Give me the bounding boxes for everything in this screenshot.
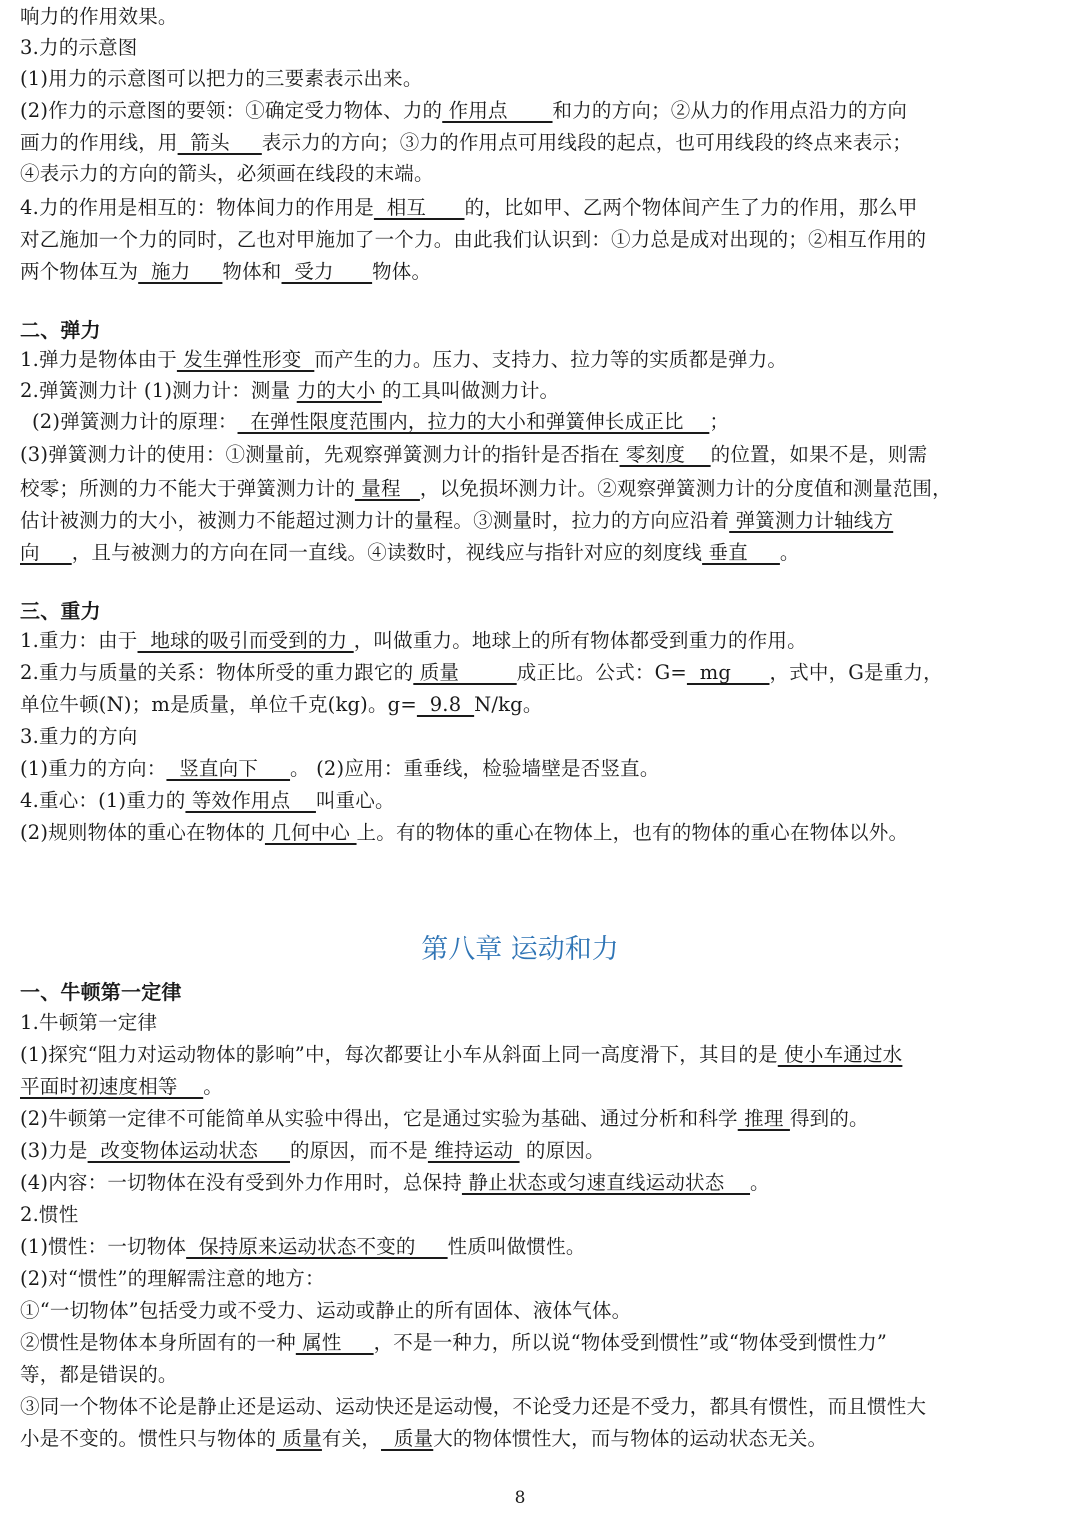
text-segment: 3.力的示意图: [20, 36, 138, 59]
text-segment: (1)惯性：一切物体: [20, 1235, 186, 1258]
text-segment: 响力的作用效果。: [20, 5, 178, 28]
fill-in-blank-answer: 使小车通过水: [778, 1043, 903, 1066]
text-line: 4.重心：(1)重力的 等效作用点 叫重心。: [20, 786, 395, 816]
text-segment: (3)弹簧测力计的使用：①测量前，先观察弹簧测力计的指针是否指在: [20, 443, 620, 466]
section-heading: 二、弹力: [20, 315, 101, 345]
text-segment: (1)重力的方向：: [20, 757, 166, 780]
text-line: (4)内容：一切物体在没有受到外力作用时，总保持 静止状态或匀速直线运动状态 。: [20, 1168, 770, 1198]
text-segment: 2.弹簧测力计 (1)测力计：测量: [20, 379, 297, 402]
fill-in-blank-answer: 推理: [738, 1107, 790, 1130]
text-line: 1.牛顿第一定律: [20, 1008, 157, 1038]
text-segment: ，叫做重力。地球上的所有物体都受到重力的作用。: [354, 629, 807, 652]
text-line: (1)用力的示意图可以把力的三要素表示出来。: [20, 64, 423, 94]
text-segment: ②惯性是物体本身所固有的一种: [20, 1331, 296, 1354]
text-segment: 画力的作用线，用: [20, 131, 178, 154]
text-line: 3.力的示意图: [20, 33, 138, 63]
fill-in-blank-answer: mg: [687, 661, 770, 684]
fill-in-blank-answer: 平面时初速度相等: [20, 1075, 203, 1098]
text-segment: 1.牛顿第一定律: [20, 1011, 157, 1034]
fill-in-blank-answer: 力的大小: [297, 379, 382, 402]
fill-in-blank-answer: 发生弹性形变: [177, 348, 314, 371]
text-line: 2.弹簧测力计 (1)测力计：测量 力的大小 的工具叫做测力计。: [20, 376, 559, 406]
text-segment: 4.力的作用是相互的：物体间力的作用是: [20, 196, 374, 219]
text-segment: 的原因。: [520, 1139, 605, 1162]
fill-in-blank-answer: 几何中心: [265, 821, 357, 844]
text-line: 向 ，且与被测力的方向在同一直线。④读数时，视线应与指针对应的刻度线 垂直 。: [20, 538, 800, 568]
text-segment: (4)内容：一切物体在没有受到外力作用时，总保持: [20, 1171, 462, 1194]
text-segment: N/kg。: [474, 693, 542, 716]
fill-in-blank-answer: 施力: [138, 260, 222, 283]
text-segment: 成正比。公式：G=: [517, 661, 687, 684]
text-line: 1.重力：由于 地球的吸引而受到的力 ，叫做重力。地球上的所有物体都受到重力的作…: [20, 626, 807, 656]
text-line: (3)弹簧测力计的使用：①测量前，先观察弹簧测力计的指针是否指在 零刻度 的位置…: [20, 440, 927, 470]
fill-in-blank-answer: 质量: [276, 1427, 322, 1450]
text-segment: 上。有的物体的重心在物体上，也有的物体的重心在物体以外。: [357, 821, 909, 844]
section-heading: 一、牛顿第一定律: [20, 977, 182, 1007]
fill-in-blank-answer: 保持原来运动状态不变的: [186, 1235, 448, 1258]
text-line: (1)探究“阻力对运动物体的影响”中，每次都要让小车从斜面上同一高度滑下，其目的…: [20, 1040, 902, 1070]
text-segment: 1.弹力是物体由于: [20, 348, 177, 371]
text-line: 估计被测力的大小，被测力不能超过测力计的量程。③测量时，拉力的方向应沿着 弹簧测…: [20, 506, 893, 536]
text-segment: 的位置，如果不是，则需: [711, 443, 928, 466]
text-line: (1)惯性：一切物体 保持原来运动状态不变的 性质叫做惯性。: [20, 1232, 586, 1262]
text-segment: 叫重心。: [316, 789, 395, 812]
text-segment: 估计被测力的大小，被测力不能超过测力计的量程。③测量时，拉力的方向应沿着: [20, 509, 729, 532]
text-segment: (1)用力的示意图可以把力的三要素表示出来。: [20, 67, 423, 90]
text-segment: 。: [750, 1171, 770, 1194]
text-line: (2)牛顿第一定律不可能简单从实验中得出，它是通过实验为基础、通过分析和科学 推…: [20, 1104, 869, 1134]
text-segment: (2)作力的示意图的要领：①确定受力物体、力的: [20, 99, 442, 122]
fill-in-blank-answer: 属性: [296, 1331, 374, 1354]
text-line: 校零；所测的力不能大于弹簧测力计的 量程 ，以免损坏测力计。②观察弹簧测力计的分…: [20, 474, 952, 504]
text-segment: 性质叫做惯性。: [448, 1235, 586, 1258]
fill-in-blank-answer: 地球的吸引而受到的力: [138, 629, 354, 652]
text-line: 平面时初速度相等 。: [20, 1072, 223, 1102]
text-line: 2.重力与质量的关系：物体所受的重力跟它的 质量 成正比。公式：G= mg ，式…: [20, 658, 943, 688]
text-line: (1)重力的方向： 竖直向下 。 (2)应用：重垂线，检验墙壁是否竖直。: [20, 754, 660, 784]
fill-in-blank-answer: 质量: [413, 661, 516, 684]
text-line: 等，都是错误的。: [20, 1360, 178, 1390]
text-line: ④表示力的方向的箭头，必须画在线段的末端。: [20, 159, 434, 189]
text-segment: ；: [709, 410, 729, 433]
fill-in-blank-answer: 质量: [381, 1427, 433, 1450]
text-segment: 的，比如甲、乙两个物体间产生了力的作用，那么甲: [465, 196, 918, 219]
text-line: ①“一切物体”包括受力或不受力、运动或静止的所有固体、液体气体。: [20, 1296, 631, 1326]
text-line: 响力的作用效果。: [20, 2, 178, 32]
text-line: 对乙施加一个力的同时，乙也对甲施加了一个力。由此我们认识到：①力总是成对出现的；…: [20, 225, 926, 255]
text-segment: 3.重力的方向: [20, 725, 138, 748]
fill-in-blank-answer: 弹簧测力计轴线方: [729, 509, 893, 532]
text-segment: 4.重心：(1)重力的: [20, 789, 185, 812]
text-segment: 两个物体互为: [20, 260, 138, 283]
fill-in-blank-answer: 作用点: [442, 99, 552, 122]
text-line: ③同一个物体不论是静止还是运动、运动快还是运动慢，不论受力还是不受力，都具有惯性…: [20, 1392, 926, 1422]
text-line: 1.弹力是物体由于 发生弹性形变 而产生的力。压力、支持力、拉力等的实质都是弹力…: [20, 345, 787, 375]
text-segment: ①“一切物体”包括受力或不受力、运动或静止的所有固体、液体气体。: [20, 1299, 631, 1322]
text-segment: 单位牛顿(N)；m是质量，单位千克(kg)。g=: [20, 693, 417, 716]
fill-in-blank-answer: 改变物体运动状态: [88, 1139, 290, 1162]
text-segment: ③同一个物体不论是静止还是运动、运动快还是运动慢，不论受力还是不受力，都具有惯性…: [20, 1395, 926, 1418]
text-line: ②惯性是物体本身所固有的一种 属性 ，不是一种力，所以说“物体受到惯性”或“物体…: [20, 1328, 887, 1358]
text-segment: (2)规则物体的重心在物体的: [20, 821, 265, 844]
text-segment: 等，都是错误的。: [20, 1363, 178, 1386]
text-segment: 大的物体惯性大，而与物体的运动状态无关。: [433, 1427, 827, 1450]
text-segment: 表示力的方向；③力的作用点可用线段的起点，也可用线段的终点来表示；: [262, 131, 912, 154]
text-segment: 校零；所测的力不能大于弹簧测力计的: [20, 477, 355, 500]
text-segment: 而产生的力。压力、支持力、拉力等的实质都是弹力。: [314, 348, 787, 371]
text-segment: ，且与被测力的方向在同一直线。④读数时，视线应与指针对应的刻度线: [72, 541, 702, 564]
text-segment: ④表示力的方向的箭头，必须画在线段的末端。: [20, 162, 434, 185]
text-segment: (3)力是: [20, 1139, 88, 1162]
text-segment: ，不是一种力，所以说“物体受到惯性”或“物体受到惯性力”: [374, 1331, 887, 1354]
text-segment: 有关，: [322, 1427, 381, 1450]
text-segment: 二、弹力: [20, 318, 101, 342]
text-line: 2.惯性: [20, 1200, 78, 1230]
text-segment: 2.惯性: [20, 1203, 78, 1226]
fill-in-blank-answer: 维持运动: [428, 1139, 520, 1162]
text-line: 4.力的作用是相互的：物体间力的作用是 相互 的，比如甲、乙两个物体间产生了力的…: [20, 193, 918, 223]
text-segment: 小是不变的。惯性只与物体的: [20, 1427, 276, 1450]
fill-in-blank-answer: 相互: [374, 196, 465, 219]
text-segment: 一、牛顿第一定律: [20, 980, 182, 1004]
text-line: (2)作力的示意图的要领：①确定受力物体、力的 作用点 和力的方向；②从力的作用…: [20, 96, 907, 126]
text-segment: 和力的方向；②从力的作用点沿力的方向: [553, 99, 908, 122]
text-segment: (1)探究“阻力对运动物体的影响”中，每次都要让小车从斜面上同一高度滑下，其目的…: [20, 1043, 778, 1066]
text-line: (2)弹簧测力计的原理： 在弹性限度范围内，拉力的大小和弹簧伸长成正比 ；: [32, 407, 729, 437]
fill-in-blank-answer: 等效作用点: [185, 789, 316, 812]
text-segment: 。 (2)应用：重垂线，检验墙壁是否竖直。: [290, 757, 660, 780]
text-segment: (2)牛顿第一定律不可能简单从实验中得出，它是通过实验为基础、通过分析和科学: [20, 1107, 738, 1130]
text-segment: 2.重力与质量的关系：物体所受的重力跟它的: [20, 661, 413, 684]
text-segment: 物体和: [222, 260, 281, 283]
text-segment: 得到的。: [790, 1107, 869, 1130]
fill-in-blank-answer: 静止状态或匀速直线运动状态: [462, 1171, 750, 1194]
text-line: (2)对“惯性”的理解需注意的地方：: [20, 1264, 325, 1294]
text-segment: 。: [203, 1075, 223, 1098]
fill-in-blank-answer: 9.8: [417, 693, 474, 716]
text-segment: (2)对“惯性”的理解需注意的地方：: [20, 1267, 325, 1290]
text-segment: 物体。: [372, 260, 431, 283]
text-line: (2)规则物体的重心在物体的 几何中心 上。有的物体的重心在物体上，也有的物体的…: [20, 818, 908, 848]
text-line: 小是不变的。惯性只与物体的 质量有关， 质量大的物体惯性大，而与物体的运动状态无…: [20, 1424, 827, 1454]
page-number: 8: [0, 1488, 1040, 1508]
fill-in-blank-answer: 箭头: [178, 131, 262, 154]
chapter-title: 第八章 运动和力: [0, 927, 1040, 966]
text-segment: (2)弹簧测力计的原理：: [32, 410, 238, 433]
text-segment: 。: [780, 541, 800, 564]
text-line: 两个物体互为 施力 物体和 受力 物体。: [20, 257, 431, 287]
text-line: (3)力是 改变物体运动状态 的原因，而不是 维持运动 的原因。: [20, 1136, 605, 1166]
text-segment: 1.重力：由于: [20, 629, 138, 652]
fill-in-blank-answer: 竖直向下: [166, 757, 290, 780]
fill-in-blank-answer: 向: [20, 541, 72, 564]
fill-in-blank-answer: 受力: [282, 260, 373, 283]
text-segment: 的原因，而不是: [290, 1139, 428, 1162]
fill-in-blank-answer: 在弹性限度范围内，拉力的大小和弹簧伸长成正比: [238, 410, 710, 433]
fill-in-blank-answer: 垂直: [702, 541, 780, 564]
text-line: 画力的作用线，用 箭头 表示力的方向；③力的作用点可用线段的起点，也可用线段的终…: [20, 128, 912, 158]
text-line: 单位牛顿(N)；m是质量，单位千克(kg)。g= 9.8 N/kg。: [20, 690, 543, 720]
text-segment: 的工具叫做测力计。: [382, 379, 559, 402]
text-line: 3.重力的方向: [20, 722, 138, 752]
section-heading: 三、重力: [20, 596, 101, 626]
fill-in-blank-answer: 量程: [355, 477, 420, 500]
text-segment: ，式中，G是重力，: [769, 661, 942, 684]
fill-in-blank-answer: 零刻度: [620, 443, 711, 466]
text-segment: 对乙施加一个力的同时，乙也对甲施加了一个力。由此我们认识到：①力总是成对出现的；…: [20, 228, 926, 251]
text-segment: ，以免损坏测力计。②观察弹簧测力计的分度值和测量范围，: [420, 477, 952, 500]
text-segment: 三、重力: [20, 599, 101, 623]
